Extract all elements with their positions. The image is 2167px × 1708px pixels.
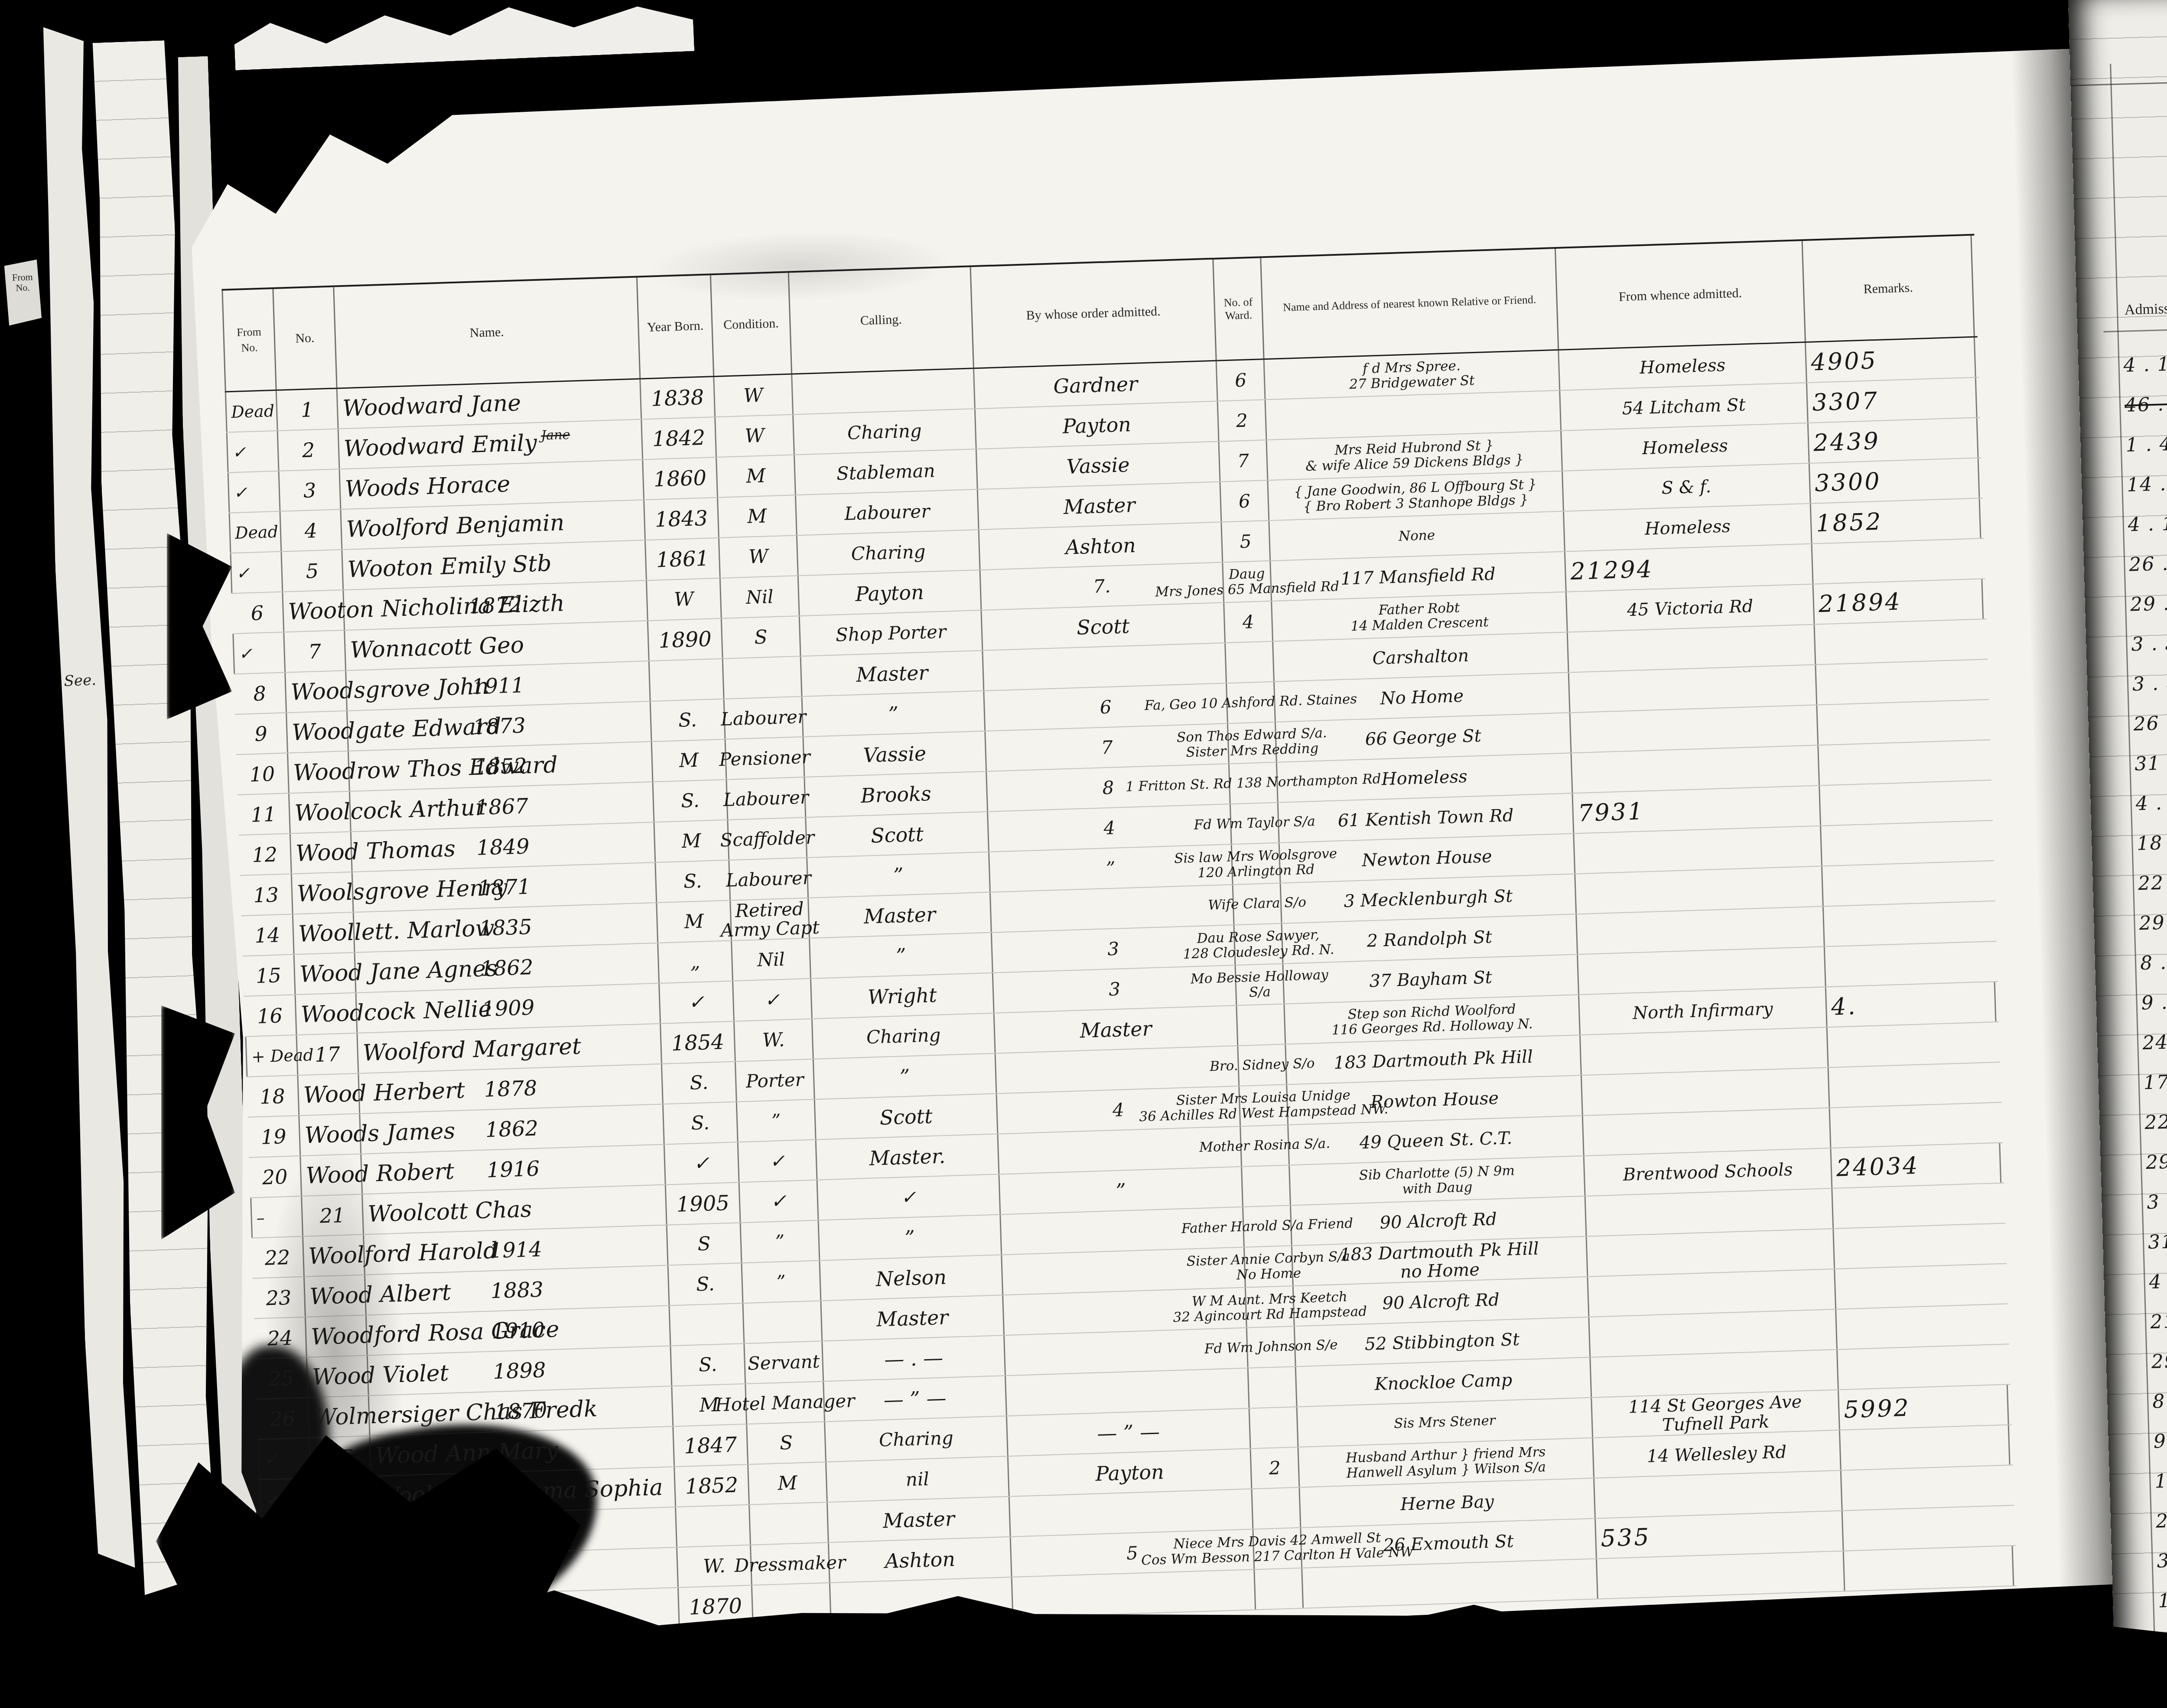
admission-date: 29 . 12 . 1 [2145,1139,2167,1182]
whence-line1: Homeless [1642,436,1728,458]
entry-name: Woodward Emily [343,430,537,462]
cell-whence: 14 Wellesley Rd [1593,1431,1842,1478]
cell-calling [792,369,976,414]
cell-remarks [1574,826,1822,873]
admission-date: 18 . 9 . 1 [2136,820,2167,864]
admission-date: 4 . 1 . 1 [2128,501,2167,545]
cell-calling [723,657,803,699]
cell-no: 23 [253,1277,306,1318]
admission-date: 31 . 1 . 1 [2147,1219,2167,1262]
cell-remarks: 7931 [1573,786,1821,833]
whence-line1: 114 St Georges Ave [1628,1392,1802,1417]
cell-name: Woodsgrove John [286,671,348,712]
cell-calling: ✓ [739,1140,818,1182]
cell-calling: ” [741,1220,820,1262]
cell-no: 22 [251,1237,305,1278]
admission-date: 20 . 6 . 1 [2155,1498,2167,1541]
calling-line1: Labourer [844,501,930,523]
cell-condition: W. [735,1019,814,1061]
cell-name: Wood Albert [305,1275,367,1316]
admission-date-value: 12 . 6 . 1 [2158,1587,2167,1612]
scanned-ledger-photo: From No. See. From No. No. Name. Year Bo… [0,0,2167,1708]
calling-line1: ✓ [769,1151,785,1171]
cell-no: 15 [243,955,296,996]
admission-date: 17 . 11 . 1 [2143,1060,2167,1103]
cell-name: Wood Thomas [291,832,353,873]
calling-line1: Charing [847,421,922,442]
cell-whence: 45 Victoria Rd [1567,585,1815,632]
calling-line1: Charing [851,542,926,563]
cell-condition: S. [664,1102,739,1144]
whence-line1: 117 Mansfield Rd [1341,564,1496,588]
cell-no: 24 [254,1318,307,1359]
whence-line2: Tufnell Park [1662,1412,1770,1435]
cell-condition: S. [656,861,731,902]
admission-date-value: 30 . 6 . 1 [2157,1547,2167,1572]
cell-calling: Dressmaker [751,1543,830,1585]
cell-name: Woodgate Edward [287,711,349,752]
cell-remarks [1581,1028,1829,1075]
admission-date: 12 . 6 . 1 [2157,1578,2167,1621]
whence-line1: 14 Wellesley Rd [1646,1442,1787,1466]
cell-remarks: 3300 [1810,459,1980,503]
torn-page-fragment [233,0,695,70]
header-name: Name. [334,278,641,388]
admission-date: 8 . 10 . 1 [2140,940,2167,983]
cell-ward [1237,1004,1286,1045]
admission-date: 3 . 1 . 1 [2146,1179,2167,1222]
cell-calling: Charing [813,1013,996,1058]
cell-year-born: 1854 [661,1022,736,1063]
cell-no: 6 [231,592,284,634]
admission-date: 22 . 9 . 1 [2138,860,2167,904]
relative-line2: 14 Malden Crescent [1350,615,1489,634]
table-body: Dead 1 Woodward Jane 1838 W Gardner 6 f … [225,337,2017,1641]
cell-calling: ✓ [733,979,813,1021]
admission-date: 1 . 4 . 10 [2125,422,2167,465]
cell-order-admitted: Master [995,1006,1239,1053]
whence-line1: Rowton House [1370,1089,1499,1112]
cell-order-admitted: — ” — [824,1376,1007,1421]
ruled-line [2070,80,2167,86]
cell-no: 10 [236,753,290,794]
cell-order-admitted: ” [803,691,986,736]
calling-line1: Shop Porter [835,622,946,644]
cell-condition: S [722,616,801,658]
cell-condition: S. [662,1062,737,1103]
cell-order-admitted: Brooks [805,772,988,817]
cell-order-admitted: Scott [815,1094,999,1139]
whence-line1: Knockloe Camp [1374,1370,1513,1394]
cell-remarks: 4. [1826,982,1997,1027]
cell-order-admitted: Master [809,893,992,938]
entry-name: Wooton Emily Stb [347,550,552,583]
whence-line1: Carshalton [1372,646,1469,668]
cell-order-admitted: Scott [806,812,989,857]
cell-calling: Labourer [725,697,804,739]
cell-no: 11 [238,794,291,835]
cell-order-admitted: Master [828,1497,1011,1542]
admission-date-value: 26 . 8 . 1 [2133,710,2167,735]
cell-remarks [1583,1108,1832,1155]
whence-line1: Newton House [1362,847,1493,870]
header-relative: Name and Address of nearest known Relati… [1261,249,1559,358]
cell-no: 19 [247,1116,301,1157]
cell-name: Woolcock Arthur [290,792,351,833]
entry-name: Wood Ann Mary [375,1437,559,1469]
cell-relative: Fa, Geo 10 Ashford Rd. Staines [1227,682,1276,723]
admission-date-value: 4 . 10 . 04 [2123,351,2167,376]
admission-date-value: 26 . 4 . 1 [2129,551,2167,576]
cell-ward [1006,1368,1250,1415]
whence-line1: 183 Dartmouth Pk Hill [1334,1047,1533,1072]
cell-order-admitted [1012,1570,1256,1617]
cell-no: 2 [278,429,340,470]
cell-calling: Hotel Manager [746,1382,825,1424]
cell-relative: Sister Mrs Louisa Unidge36 Achilles Rd W… [1240,1085,1288,1126]
cell-remarks [1594,1471,1843,1518]
header-calling: Calling. [789,267,974,373]
cell-year-born: 1870 [679,1586,754,1627]
margin-see-note: See. [64,671,97,690]
cell-condition: ✓ [740,1180,819,1222]
cell-ward [996,1046,1240,1093]
whence-line1: No Home [1380,686,1464,708]
cell-order-admitted: Vassie [977,442,1221,489]
admission-date-value: 24 . 10 . 1 [2142,1029,2167,1054]
cell-no: 17 [297,1034,359,1075]
cell-condition [670,1304,745,1345]
relative-line2: S/a [1249,984,1271,1000]
cell-remarks: 535 [1596,1511,1844,1558]
cell-from-no: Dead [225,391,278,432]
whence-line1: 45 Victoria Rd [1627,597,1754,620]
cell-order-admitted: — ” — [1007,1409,1251,1456]
relative-line2: No Home [1236,1266,1301,1283]
admission-date: 3 . 8 . 1 [2132,661,2167,704]
entry-name-note: Jane [541,427,570,443]
relative-line1: None [1398,528,1435,544]
cell-no: 21 [302,1194,364,1236]
header-from-no: From No. [221,289,277,391]
cell-remarks: 4905 [1806,338,1976,382]
cell-condition: ✓ [665,1142,740,1184]
cell-relative: 1 Fritton St. Rd 138 Northampton Rd [1230,763,1279,804]
cell-whence: 114 St Georges AveTufnell Park [1592,1390,1840,1438]
cell-condition: M [718,495,797,537]
cell-relative [1252,1488,1301,1529]
cell-condition: S [667,1223,742,1265]
cell-from-no: + Dead [245,1035,299,1077]
relative-line2: with Daug [1402,1180,1473,1197]
admission-date: 29 . 1 . 1 [2130,581,2167,625]
cell-year-born: 1843 [644,498,719,540]
fragment-from-no-label: From No. [7,272,38,293]
cell-order-admitted: Vassie [804,732,987,777]
admission-date-value: 46 . 10 [2124,392,2167,416]
admission-date: 24 . 10 . 1 [2142,1020,2167,1063]
admission-date: 4 . 10 . 04 [2123,342,2167,385]
header-order-admitted: By whose order admitted. [971,260,1217,368]
cell-relative [1226,642,1275,683]
header-condition: Condition. [711,273,792,376]
admission-date: 29 . 3 . 1 [2151,1338,2167,1382]
cell-no: 8 [234,673,287,714]
header-whence: From whence admitted. [1556,241,1806,349]
whence-line1: Brentwood Schools [1623,1160,1793,1184]
cell-whence: Homeless [1564,504,1812,551]
calling-line1: Stableman [836,461,935,483]
cell-name: Wood Violet [307,1356,369,1397]
cell-ward: 2 [1218,400,1267,441]
cell-condition: S. [671,1344,746,1386]
cell-order-admitted: ” [814,1054,997,1099]
cell-no: 18 [246,1076,299,1117]
calling-line1: Labourer [726,868,811,890]
cell-relative: W M Aunt. Mrs Keetch32 Agincourt Rd Hamp… [1246,1286,1295,1327]
cell-relative: Father Harold S/a Friend [1243,1206,1292,1246]
cell-calling: nil [826,1457,1010,1502]
cell-whence: S & f. [1563,464,1811,511]
header-year-born: Year Born. [638,275,714,378]
cell-order-admitted: Master [978,482,1222,529]
admission-date-value: 22 . 12 . 1 [2144,1109,2167,1134]
cell-name: Woolford Harold [303,1235,365,1276]
cell-order-admitted: ” [810,933,993,978]
cell-remarks [1586,1189,1834,1236]
cell-ward [983,643,1227,690]
admission-date-value: 3 . 3 . 1 [2131,631,2167,655]
torn-page-fragment: From No. [4,260,42,326]
cell-order-admitted: Wright [811,973,995,1018]
admission-date: 30 . 6 . 1 [2156,1538,2167,1581]
cell-remarks [1591,1350,1839,1397]
cell-calling: Servant [745,1341,824,1383]
admission-date: 9 . 4 . 1 [2153,1418,2167,1461]
cell-condition: S [747,1422,826,1464]
cell-order-admitted: Gardner [974,361,1218,409]
entry-name: Woolford Margaret [362,1033,582,1066]
calling-line1: Servant [747,1352,820,1373]
admission-date-value: 20 . 6 . 1 [2155,1507,2167,1532]
cell-name: Woodford Rosa Grace [306,1315,368,1357]
calling-line1: ” [776,1272,786,1292]
whence-line1: 90 Alcroft Rd [1382,1290,1500,1313]
cell-year-born: 1905 [666,1183,741,1224]
cell-year-born: 1890 [648,619,723,660]
calling-line1: Labourer [720,707,806,729]
cell-condition [752,1583,832,1625]
header-ward: No. of Ward. [1214,258,1264,360]
cell-no: 20 [249,1156,302,1197]
entry-name: Wonnacott Geo [350,632,524,664]
cell-order-admitted: Master. [817,1134,1000,1179]
whence-line1: 26 Exmouth St [1383,1532,1514,1555]
cell-calling: Scaffolder [728,818,807,860]
admission-dates: 4 . 10 . 0446 . 101 . 4 . 1014 . 4 . 14 … [2123,342,2167,1620]
cell-remarks [1575,866,1824,914]
whence-line1: 61 Kentish Town Rd [1337,806,1514,830]
cell-calling: Charing [797,530,981,575]
calling-line1: ” [771,1111,781,1131]
cell-remarks [1582,1068,1830,1115]
cell-no: 14 [241,914,295,956]
cell-year-born: 1838 [641,377,716,419]
admission-date-value: 1 . 4 . 10 [2125,431,2167,456]
cell-remarks [1844,1546,2014,1591]
admission-date-value: 8 . 4 . 1 [2152,1388,2167,1412]
whence-line1: 37 Bayham St [1369,968,1492,991]
cell-relative: Mother Rosina S/a. [1241,1125,1290,1166]
cell-name: Woods James [299,1114,361,1155]
cell-calling [743,1301,823,1343]
admission-date-value: 8 . 10 . 1 [2140,950,2167,974]
cell-calling: Pensioner [726,737,805,779]
cell-order-admitted: Ashton [979,522,1223,569]
header-remarks: Remarks. [1803,236,1975,342]
cell-condition: W [719,536,799,578]
admission-date-value: 4 . 2 . 1 [2149,1269,2167,1293]
whence-line1: 66 George St [1365,726,1481,748]
admission-date-value: 18 . 9 . 1 [2137,830,2167,855]
cell-whence: Homeless [1562,423,1810,471]
admission-date-value: 14 . 4 . 1 [2127,471,2167,496]
cell-calling: Labourer [796,490,979,535]
admission-date: 4 . 2 . 1 [2148,1259,2167,1302]
cell-year-born: 1852 [675,1465,750,1506]
cell-ward [1242,1165,1291,1206]
cell-condition: W [714,374,794,416]
cell-order-admitted: ” [819,1215,1002,1260]
entry-name: Woodward Jane [342,390,521,422]
cell-calling: Labourer [727,778,806,820]
cell-condition: ✓ [660,981,735,1023]
calling-line1: nil [905,1469,929,1489]
cell-order-admitted: Nelson [820,1255,1003,1300]
cell-name: Wood Robert [301,1155,363,1196]
cell-remarks: 3307 [1807,378,1978,423]
cell-relative: Wife Clara S/o [1233,884,1282,924]
cell-calling: ” [737,1100,817,1142]
admission-date: 26 . 4 . 1 [2128,541,2167,585]
cell-condition: W [716,415,795,457]
whence-line1: 52 Stibbington St [1364,1330,1520,1353]
ledger-page: From No. No. Name. Year Born. Condition.… [187,49,2125,1659]
cell-relative: Niece Mrs Davis 42 Amwell StCos Wm Besso… [1253,1528,1302,1569]
admission-date-value: 4 . 9 . 1 [2135,791,2167,815]
cell-calling: Labourer [729,858,809,900]
cell-condition: S. [651,699,726,741]
whence-line1: S & f. [1661,477,1711,498]
cell-ward [1250,1407,1299,1448]
cell-name: Woodrow Thos Edward [288,752,350,793]
cell-relative: Dau Rose Sawyer,128 Cloudesley Rd. N. [1235,924,1284,965]
ruled-line [2103,327,2167,332]
cell-no: 26 [257,1398,310,1439]
cell-remarks: 24034 [1831,1143,2001,1188]
cell-remarks [1589,1310,1838,1357]
admission-date-value: 9 . 10 . 1 [2141,989,2167,1014]
cell-order-admitted: Master [821,1295,1005,1340]
cell-remarks: 21294 [1565,544,1814,592]
cell-calling: Nil [732,939,811,981]
whence-line1: 54 Litcham St [1622,395,1746,418]
cell-remarks [1840,1425,2011,1470]
cell-ward: 7 [1220,440,1269,481]
cell-calling: RetiredArmy Capt [731,898,810,940]
whence-line1: Homeless [1644,517,1731,538]
entry-name: Woolford Benjamin [346,510,565,543]
cell-condition: S. [654,780,729,822]
whence-line1: 49 Queen St. C.T. [1359,1129,1513,1152]
calling-line2: Army Capt [720,918,820,940]
admissions-table: From No. No. Name. Year Born. Condition.… [221,234,2017,1642]
cell-name: Wooton Nicholina Elizth [283,590,345,631]
admission-date-value: 9 . 4 . 1 [2153,1428,2167,1452]
calling-line1: ✓ [765,990,781,1010]
whence-line1: 3 Mecklenburgh St [1344,886,1513,911]
cell-relative: Son Thos Edward S/a.Sister Mrs Redding [1228,722,1277,763]
admission-date: 31 . 8 . 1 [2134,741,2167,784]
cell-year-born: 1860 [643,458,718,499]
cell-order-admitted: ” [999,1167,1243,1214]
cell-ward [1010,1489,1254,1536]
cell-remarks [1587,1229,1835,1276]
calling-line1: ✓ [901,1187,917,1207]
cell-order-admitted: Payton [799,570,982,615]
cell-from-no: Dead [229,512,282,553]
cell-relative: Sis law Mrs Woolsgrove120 Arlington Rd [1232,843,1281,884]
whence-line1: Homeless [1639,355,1725,377]
admission-date-value: 31 . 8 . 1 [2134,750,2167,775]
cell-name: Wolmersiger Chas Fredk [309,1396,371,1437]
cell-remarks [1571,705,1819,752]
admission-date: 26 . 8 . 1 [2133,701,2167,744]
cell-from-no: ✓ [226,431,280,472]
cell-remarks [1568,625,1816,672]
admission-date-value: 3 . 1 . 1 [2147,1189,2167,1213]
admission-date-value: 3 . 8 . 1 [2132,671,2167,695]
relative-line1: Sis Mrs Stener [1394,1413,1496,1431]
cell-condition: S. [669,1263,744,1305]
calling-line1: Charing [879,1428,953,1449]
whence-line1: Homeless [1381,767,1467,788]
cell-calling: Shop Porter [800,611,983,656]
cell-whence: Homeless [1559,343,1807,390]
cell-relative: DaugMrs Jones 65 Mansfield Rd [1223,561,1272,602]
admission-date-value: 29 . 1 . 1 [2130,591,2167,615]
admission-date-value: 31 . 1 . 1 [2147,1228,2167,1253]
cell-relative: Mo Bessie HollowayS/a [1236,964,1285,1005]
cell-remarks [1588,1269,1836,1317]
cell-no: 5 [282,550,344,591]
cell-name: Woodcock Nellie [296,993,358,1035]
relative-line2: 27 Bridgewater St [1349,373,1475,392]
cell-name: Wood Jane Agnes [295,953,357,994]
admission-date-value: 29 . 6 . 10 [2139,909,2167,934]
cell-order-admitted: Master [801,651,985,696]
admission-date: 29 . 6 . 10 [2138,900,2167,943]
cell-calling: Porter [736,1060,815,1102]
cell-ward: 4 [1224,602,1273,642]
header-no: No. [273,287,337,390]
admission-date-value: 4 . 1 . 1 [2128,511,2167,536]
cell-whence [1597,1552,1845,1599]
cell-relative: Fd Wm Taylor S/a [1231,803,1280,844]
cell-calling: Charing [825,1416,1009,1461]
cell-ward [991,885,1235,932]
cell-ward: 2 [1251,1448,1300,1488]
